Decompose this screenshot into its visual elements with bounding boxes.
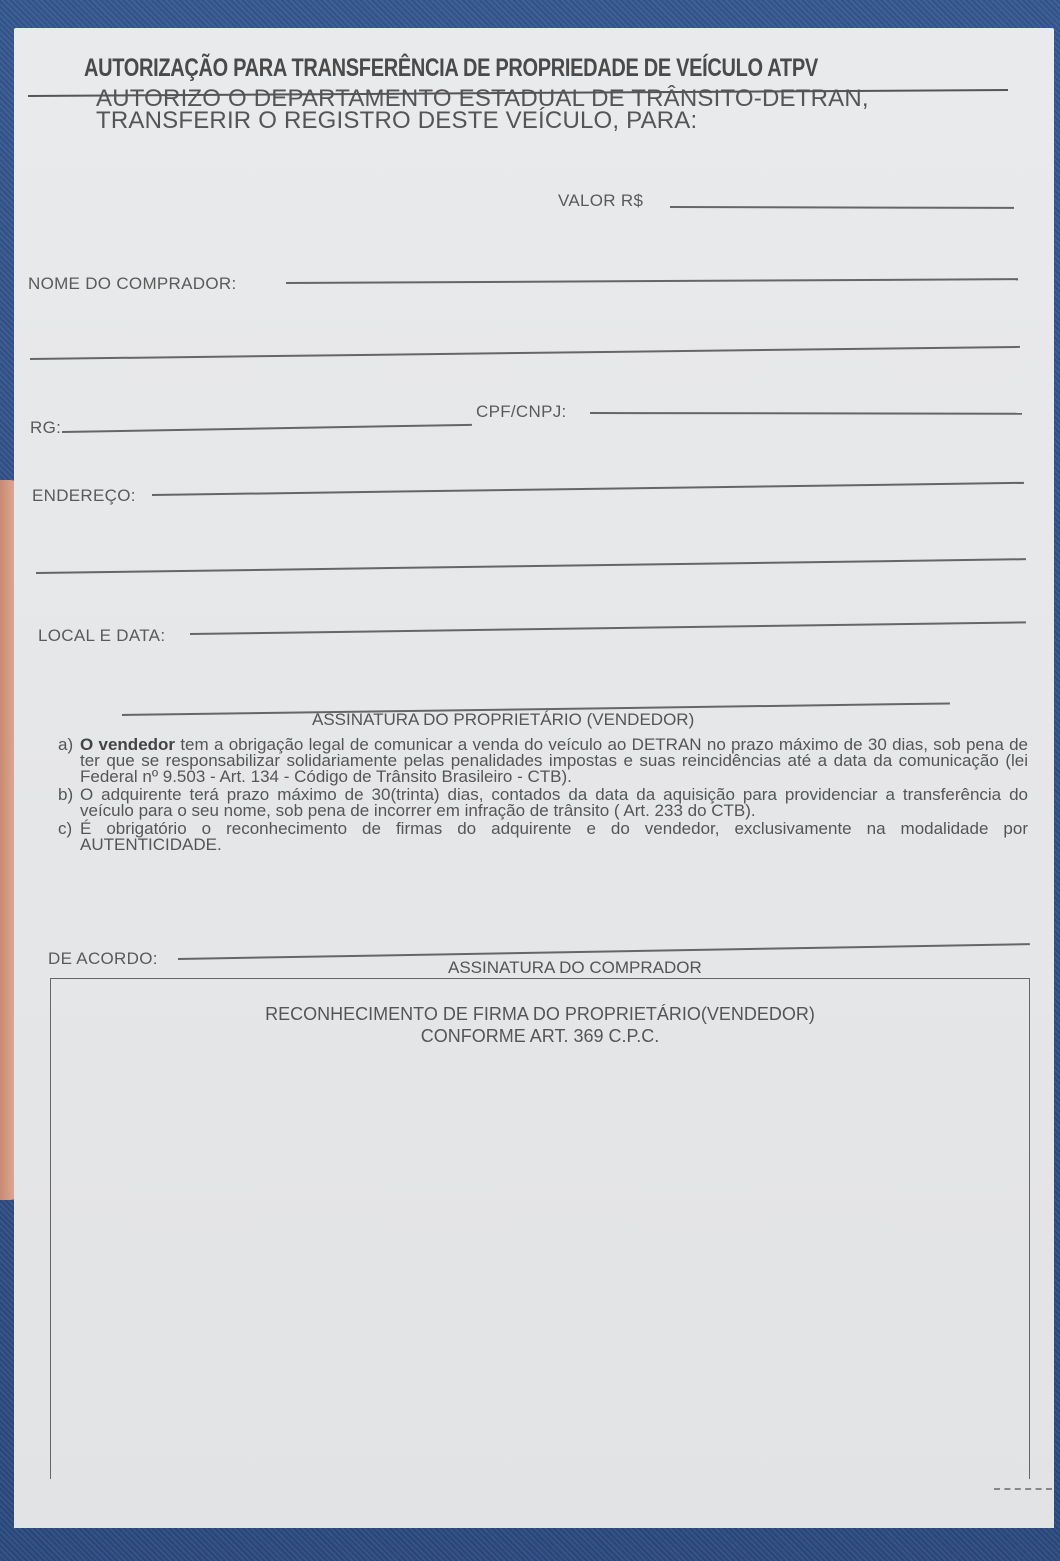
local-data-label: LOCAL E DATA: xyxy=(38,626,165,646)
intro-text: AUTORIZO O DEPARTAMENTO ESTADUAL DE TRÂN… xyxy=(96,88,869,132)
note-text: tem a obrigação legal de comunicar a ven… xyxy=(80,735,1028,786)
note-marker: b) xyxy=(58,787,80,819)
vendedor-signature-caption: ASSINATURA DO PROPRIETÁRIO (VENDEDOR) xyxy=(312,710,694,730)
legal-notes: a) O vendedor tem a obrigação legal de c… xyxy=(58,737,1028,855)
recognition-line-2: CONFORME ART. 369 C.P.C. xyxy=(51,1025,1029,1047)
note-marker: a) xyxy=(58,737,80,785)
nome-comprador-field-line-2[interactable] xyxy=(30,346,1020,360)
cpf-cnpj-field[interactable] xyxy=(590,412,1022,415)
nome-comprador-label: NOME DO COMPRADOR: xyxy=(28,274,236,294)
endereco-field[interactable] xyxy=(152,482,1024,496)
local-data-field[interactable] xyxy=(190,621,1026,635)
rg-label: RG: xyxy=(30,418,61,438)
nome-comprador-field[interactable] xyxy=(286,278,1018,284)
note-b: b) O adquirente terá prazo máximo de 30(… xyxy=(58,787,1028,819)
note-marker: c) xyxy=(58,821,80,853)
atpv-form: AUTORIZAÇÃO PARA TRANSFERÊNCIA DE PROPRI… xyxy=(14,28,1054,1528)
valor-field[interactable] xyxy=(670,206,1014,209)
note-a: a) O vendedor tem a obrigação legal de c… xyxy=(58,737,1028,785)
valor-label: VALOR R$ xyxy=(558,191,643,211)
comprador-signature-caption: ASSINATURA DO COMPRADOR xyxy=(448,958,702,978)
recognition-line-1: RECONHECIMENTO DE FIRMA DO PROPRIETÁRIO(… xyxy=(51,1003,1029,1025)
note-c: c) É obrigatório o reconhecimento de fir… xyxy=(58,821,1028,853)
endereco-field-line-2[interactable] xyxy=(36,558,1026,574)
cpf-cnpj-label: CPF/CNPJ: xyxy=(476,402,567,422)
perforation-dashes xyxy=(994,1488,1052,1490)
note-text: O adquirente terá prazo máximo de 30(tri… xyxy=(80,787,1028,819)
firma-recognition-box[interactable]: RECONHECIMENTO DE FIRMA DO PROPRIETÁRIO(… xyxy=(50,978,1030,1479)
rg-field[interactable] xyxy=(62,424,472,433)
de-acordo-label: DE ACORDO: xyxy=(48,949,158,969)
note-text: É obrigatório o reconhecimento de firmas… xyxy=(80,821,1028,853)
intro-line-2: TRANSFERIR O REGISTRO DESTE VEÍCULO, PAR… xyxy=(96,110,869,132)
endereco-label: ENDEREÇO: xyxy=(32,486,136,506)
form-title: AUTORIZAÇÃO PARA TRANSFERÊNCIA DE PROPRI… xyxy=(84,54,818,83)
